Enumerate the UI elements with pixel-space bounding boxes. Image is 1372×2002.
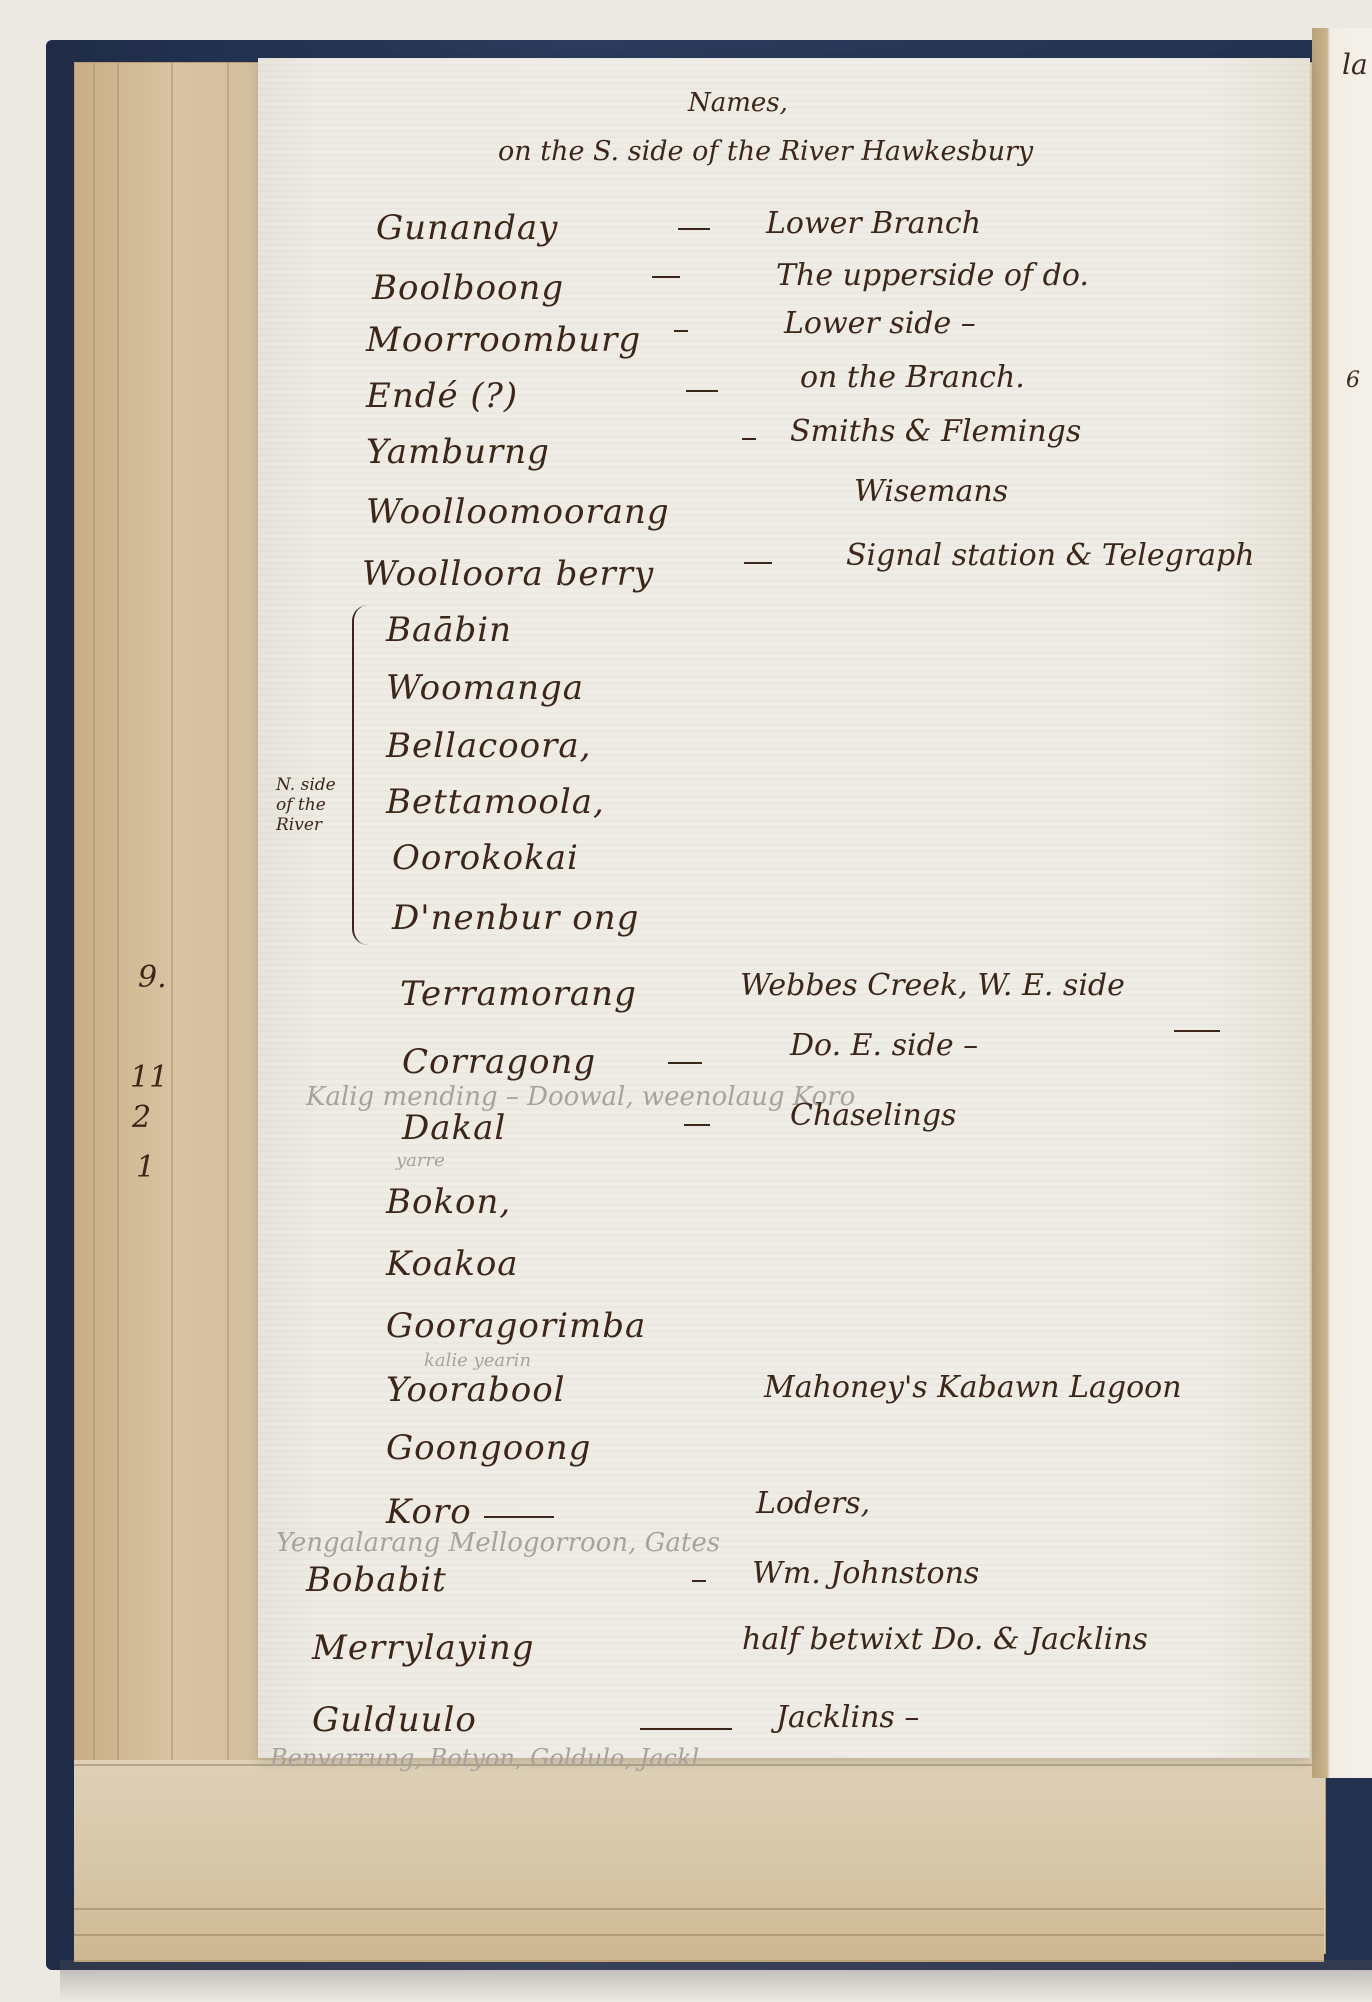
margin-number: 9. [138, 960, 167, 995]
facing-page-mark: la [1342, 48, 1368, 81]
dash [668, 1062, 702, 1064]
page-edge [74, 1908, 1324, 1910]
bracket-note: N. side of the River [276, 775, 336, 835]
dash [692, 1580, 706, 1582]
page-fold [117, 63, 119, 1953]
dash [684, 1124, 710, 1126]
dash [742, 438, 756, 440]
page-fold [93, 63, 95, 1953]
dash [744, 562, 772, 564]
stacked-pages-bottom [74, 1760, 1324, 1962]
entry-location: Wisemans [854, 474, 1008, 509]
entry-name: Koro [386, 1492, 472, 1532]
page-edge [74, 1934, 1324, 1936]
entry-name: Dakal [402, 1108, 506, 1148]
entry-name: Moorroomburg [366, 320, 641, 360]
facing-page: la 6 [1312, 28, 1372, 1778]
entry-name: Bettamoola, [386, 782, 605, 822]
entry-location: Mahoney's Kabawn Lagoon [764, 1370, 1182, 1405]
entry-name: Woomanga [386, 668, 584, 708]
dash [674, 330, 688, 332]
entry-location: Webbes Creek, W. E. side [740, 968, 1125, 1003]
entry-name: Bokon, [386, 1182, 511, 1222]
shadow [60, 1960, 1372, 2002]
pencil-annotation: Benvarrung, Botyon, Goldulo, Jackl [270, 1744, 699, 1772]
entry-location: Loders, [756, 1486, 870, 1521]
entry-name: Woolloora berry [362, 554, 654, 594]
margin-number: 11 [130, 1060, 168, 1095]
dash [640, 1728, 732, 1730]
page-fold [171, 63, 173, 1953]
entry-name: Endé (?) [366, 376, 518, 416]
entry-name: Yamburng [366, 432, 550, 472]
entry-name: Yoorabool [386, 1370, 566, 1410]
facing-page-mark: 6 [1346, 368, 1360, 393]
entry-name: Gulduulo [312, 1700, 477, 1740]
entry-name: Koakoa [386, 1244, 519, 1284]
bracket-note-line: of the [276, 795, 336, 815]
entry-name: Bobabit [306, 1560, 447, 1600]
entry-location: Lower side – [784, 306, 976, 341]
bracket-note-line: N. side [276, 775, 336, 795]
margin-number: 2 [132, 1100, 151, 1135]
dash [1174, 1030, 1220, 1032]
entry-name: Goongoong [386, 1428, 591, 1468]
entry-name: Baābin [386, 610, 512, 650]
entry-name: Gooragorimba [386, 1306, 646, 1346]
dash [678, 228, 710, 230]
pencil-annotation: Kalig mending – Doowal, weenolaug Koro [306, 1082, 855, 1112]
margin-number: 1 [136, 1150, 155, 1185]
entry-name: Merrylaying [312, 1628, 535, 1668]
entry-location: Chaselings [790, 1098, 956, 1133]
dash [484, 1516, 554, 1518]
entry-location: Do. E. side – [790, 1028, 978, 1063]
entry-location: on the Branch. [800, 360, 1025, 395]
entry-location: Jacklins – [776, 1700, 919, 1735]
entry-name: Corragong [402, 1042, 596, 1082]
entry-name: Terramorang [400, 974, 637, 1014]
entry-location: Signal station & Telegraph [846, 538, 1255, 573]
page-subtitle: on the S. side of the River Hawkesbury [498, 136, 1033, 167]
entry-name: Boolboong [372, 268, 564, 308]
bracket [352, 605, 376, 945]
page-title: Names, [688, 88, 788, 118]
bracket-note-line: River [276, 815, 336, 835]
entry-name: Woolloomoorang [366, 492, 670, 532]
entry-location: half betwixt Do. & Jacklins [742, 1622, 1148, 1657]
dash [686, 390, 718, 392]
entry-location: Wm. Johnstons [752, 1556, 979, 1591]
dash [652, 276, 680, 278]
entry-location: Lower Branch [766, 206, 981, 241]
entry-name: Oorokokai [392, 838, 579, 878]
entry-name: Gunanday [376, 208, 558, 248]
entry-name: Bellacoora, [386, 726, 591, 766]
pencil-annotation: yarre [396, 1150, 445, 1171]
pencil-annotation: Yengalarang Mellogorroon, Gates [276, 1528, 720, 1558]
entry-location: The upperside of do. [776, 258, 1089, 293]
entry-name: D'nenbur ong [392, 898, 639, 938]
page-fold [227, 63, 229, 1953]
entry-location: Smiths & Flemings [790, 414, 1081, 449]
pencil-annotation: kalie yearin [424, 1350, 531, 1371]
